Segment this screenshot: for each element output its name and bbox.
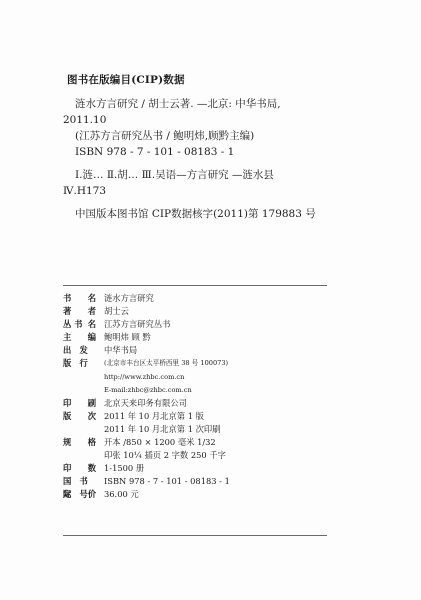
- colophon-row-isbn: 国际书号 ISBN 978 - 7 - 101 - 08183 - 1: [63, 475, 343, 488]
- row-value: 涟水方言研究: [104, 292, 154, 305]
- row-value: 鲍明炜 顾 黔: [104, 331, 151, 344]
- row-label: 名: [88, 318, 96, 331]
- bottom-divider: [63, 535, 327, 536]
- row-value: 印张 10¼ 插页 2 字数 250 千字: [104, 449, 226, 462]
- colophon-row-website: http://www.zhbc.com.cn: [63, 371, 343, 384]
- cip-line-classification: Ⅳ.H173: [63, 183, 363, 199]
- cip-line-isbn: ISBN 978 - 7 - 101 - 08183 - 1: [63, 144, 363, 160]
- row-label: 格: [88, 436, 96, 449]
- row-label: 编: [88, 331, 96, 344]
- row-label: 名: [88, 292, 96, 305]
- email-link[interactable]: E-mail:zhbc@zhbc.com.cn: [104, 384, 192, 397]
- row-value: 开本 /850 × 1200 毫米 1/32: [104, 436, 216, 449]
- row-value: 中华书局: [104, 344, 137, 357]
- row-label: 书: [63, 292, 71, 305]
- row-label: 主: [63, 331, 71, 344]
- row-value: 2011 年 10 月北京第 1 版: [104, 410, 204, 423]
- colophon-row-print-run: 印数 1-1500 册: [63, 462, 343, 475]
- row-label: 数: [88, 462, 96, 475]
- colophon-row-address: (北京市丰台区太平桥西里 38 号 100073): [63, 357, 343, 370]
- row-label: 次: [88, 410, 96, 423]
- row-label: 国际: [63, 475, 80, 488]
- row-value: 江苏方言研究丛书: [104, 318, 170, 331]
- row-label: 著: [63, 305, 71, 318]
- colophon-row-email: E-mail:zhbc@zhbc.com.cn: [63, 384, 343, 397]
- cip-line-subjects: Ⅰ.涟… Ⅱ.胡… Ⅲ.吴语—方言研究 —涟水县: [63, 167, 363, 183]
- row-value: 胡士云: [104, 305, 129, 318]
- colophon-row-publisher: 出版发行 中华书局: [63, 344, 343, 357]
- colophon-row-printer: 印刷 北京天来印务有限公司: [63, 397, 343, 410]
- colophon-row-author: 著者 胡士云: [63, 305, 343, 318]
- colophon-row-sheets: 印张 10¼ 插页 2 字数 250 千字: [63, 449, 343, 462]
- colophon-row-price: 定价 36.00 元: [63, 488, 343, 501]
- colophon-row-format: 规格 开本 /850 × 1200 毫米 1/32: [63, 436, 343, 449]
- row-label: 印: [63, 397, 71, 410]
- colophon-row-title: 书名 涟水方言研究: [63, 292, 343, 305]
- colophon-row-series: 丛 书名 江苏方言研究丛书: [63, 318, 343, 331]
- row-label: 发行: [80, 344, 97, 357]
- row-label: 丛 书: [63, 318, 82, 331]
- website-link[interactable]: http://www.zhbc.com.cn: [104, 371, 184, 384]
- colophon-row-editors: 主编 鲍明炜 顾 黔: [63, 331, 343, 344]
- row-value: 1-1500 册: [104, 462, 144, 475]
- row-value: (北京市丰台区太平桥西里 38 号 100073): [104, 357, 228, 370]
- row-label: 者: [88, 305, 96, 318]
- row-value: 2011 年 10 月北京第 1 次印刷: [104, 423, 221, 436]
- cip-line-series: (江苏方言研究丛书 / 鲍明炜,顾黔主编): [63, 128, 363, 144]
- row-label: 规: [63, 436, 71, 449]
- row-label: 书号: [80, 475, 97, 488]
- colophon-row-edition: 版次 2011 年 10 月北京第 1 版: [63, 410, 343, 423]
- row-label: 刷: [88, 397, 96, 410]
- cip-line-title: 涟水方言研究 / 胡士云著. —北京: 中华书局,: [63, 96, 363, 112]
- row-value: 北京天来印务有限公司: [104, 397, 187, 410]
- cip-line-record-number: 中国版本图书馆 CIP数据核字(2011)第 179883 号: [63, 206, 363, 222]
- row-label: 印: [63, 462, 71, 475]
- row-label: 价: [88, 488, 96, 501]
- colophon-row-printing: 2011 年 10 月北京第 1 次印刷: [63, 423, 343, 436]
- row-label: 定: [63, 488, 71, 501]
- colophon-table: 书名 涟水方言研究 著者 胡士云 丛 书名 江苏方言研究丛书 主编 鲍明炜 顾 …: [63, 292, 343, 502]
- row-label: 版: [63, 410, 71, 423]
- cip-line-date: 2011.10: [63, 112, 363, 128]
- row-value: 36.00 元: [104, 488, 139, 501]
- row-value: ISBN 978 - 7 - 101 - 08183 - 1: [104, 475, 230, 488]
- row-label: 出版: [63, 344, 80, 357]
- top-divider: [63, 285, 327, 286]
- cip-data-block: 涟水方言研究 / 胡士云著. —北京: 中华书局, 2011.10 (江苏方言研…: [63, 96, 363, 222]
- cip-heading: 图书在版编目(CIP)数据: [67, 72, 185, 87]
